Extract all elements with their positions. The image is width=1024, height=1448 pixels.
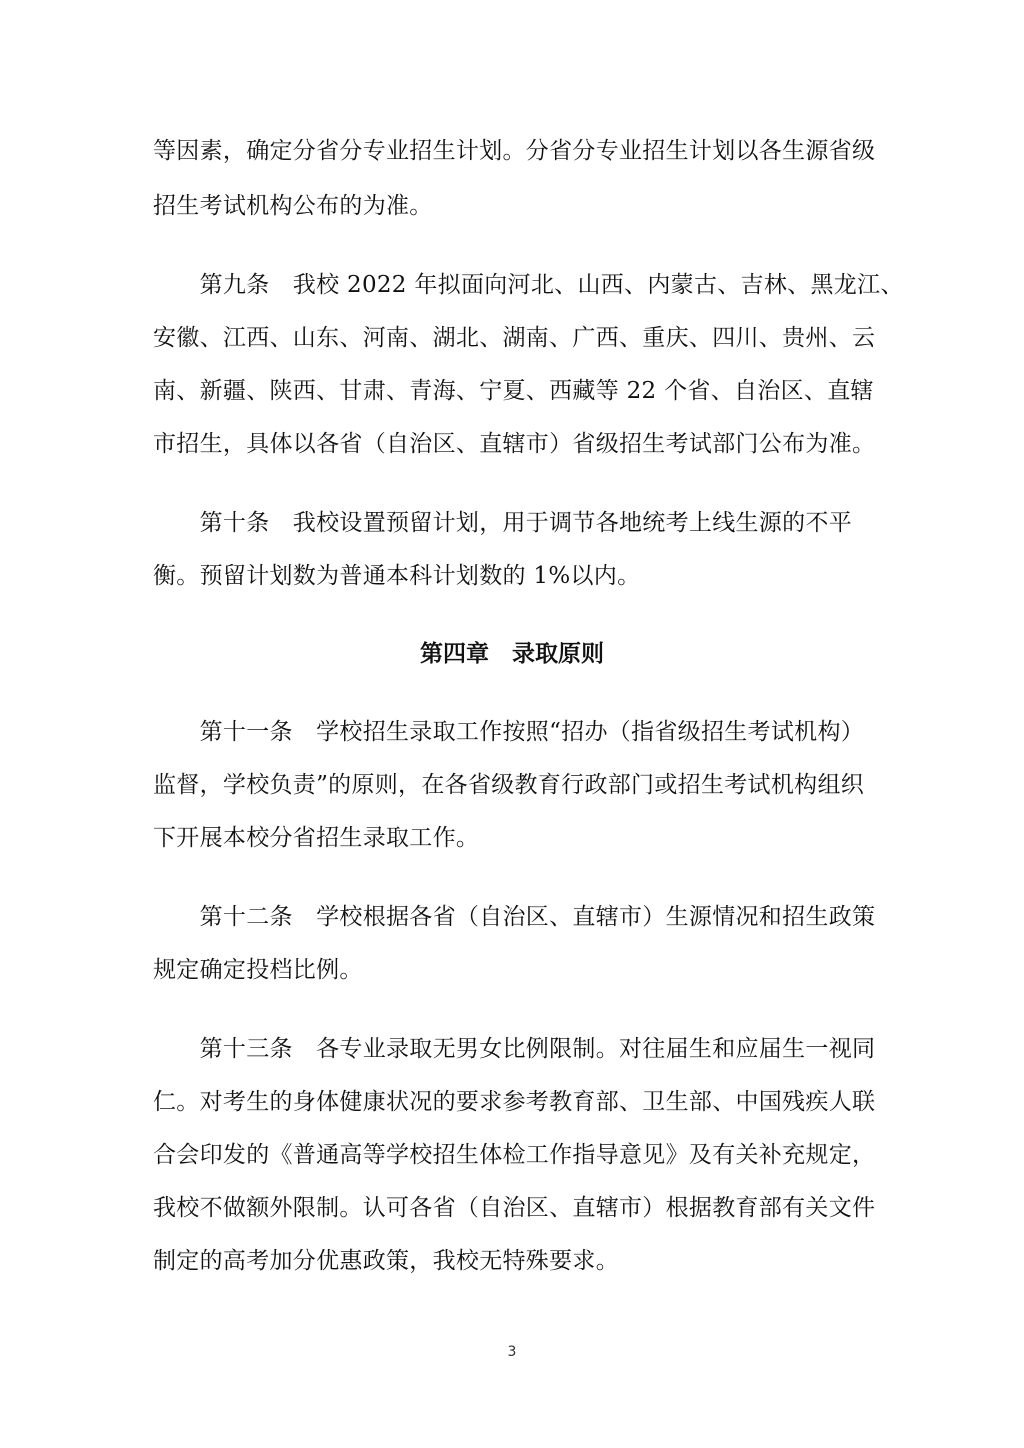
article-13-line: 合会印发的《普通高等学校招生体检工作指导意见》及有关补充规定， (153, 1140, 873, 1170)
text-line: 等因素，确定分省分专业招生计划。分省分专业招生计划以各生源省级 (153, 136, 873, 166)
article-9-line: 市招生，具体以各省（自治区、直辖市）省级招生考试部门公布为准。 (153, 429, 873, 459)
article-11-line: 第十一条 学校招生录取工作按照“招办（指省级招生考试机构） (153, 717, 873, 747)
article-13-line: 第十三条 各专业录取无男女比例限制。对往届生和应届生一视同 (153, 1034, 873, 1064)
article-10-line: 第十条 我校设置预留计划，用于调节各地统考上线生源的不平 (153, 508, 873, 538)
article-12-line: 第十二条 学校根据各省（自治区、直辖市）生源情况和招生政策 (153, 902, 873, 932)
article-9-line: 安徽、江西、山东、河南、湖北、湖南、广西、重庆、四川、贵州、云 (153, 323, 873, 353)
article-13-line: 我校不做额外限制。认可各省（自治区、直辖市）根据教育部有关文件 (153, 1193, 873, 1223)
article-9-line: 第九条 我校 2022 年拟面向河北、山西、内蒙古、吉林、黑龙江、 (153, 270, 873, 300)
article-11-line: 下开展本校分省招生录取工作。 (153, 823, 873, 853)
chapter-heading: 第四章 录取原则 (0, 639, 1024, 669)
article-10-line: 衡。预留计划数为普通本科计划数的 1%以内。 (153, 561, 873, 591)
article-13-line: 制定的高考加分优惠政策，我校无特殊要求。 (153, 1246, 873, 1276)
article-9-line: 南、新疆、陕西、甘肃、青海、宁夏、西藏等 22 个省、自治区、直辖 (153, 376, 873, 406)
text-line: 招生考试机构公布的为准。 (153, 191, 873, 221)
article-13-line: 仁。对考生的身体健康状况的要求参考教育部、卫生部、中国残疾人联 (153, 1087, 873, 1117)
article-12-line: 规定确定投档比例。 (153, 955, 873, 985)
page-number: 3 (0, 1344, 1024, 1360)
article-11-line: 监督，学校负责”的原则，在各省级教育行政部门或招生考试机构组织 (153, 770, 873, 800)
document-page: 等因素，确定分省分专业招生计划。分省分专业招生计划以各生源省级 招生考试机构公布… (0, 0, 1024, 1448)
